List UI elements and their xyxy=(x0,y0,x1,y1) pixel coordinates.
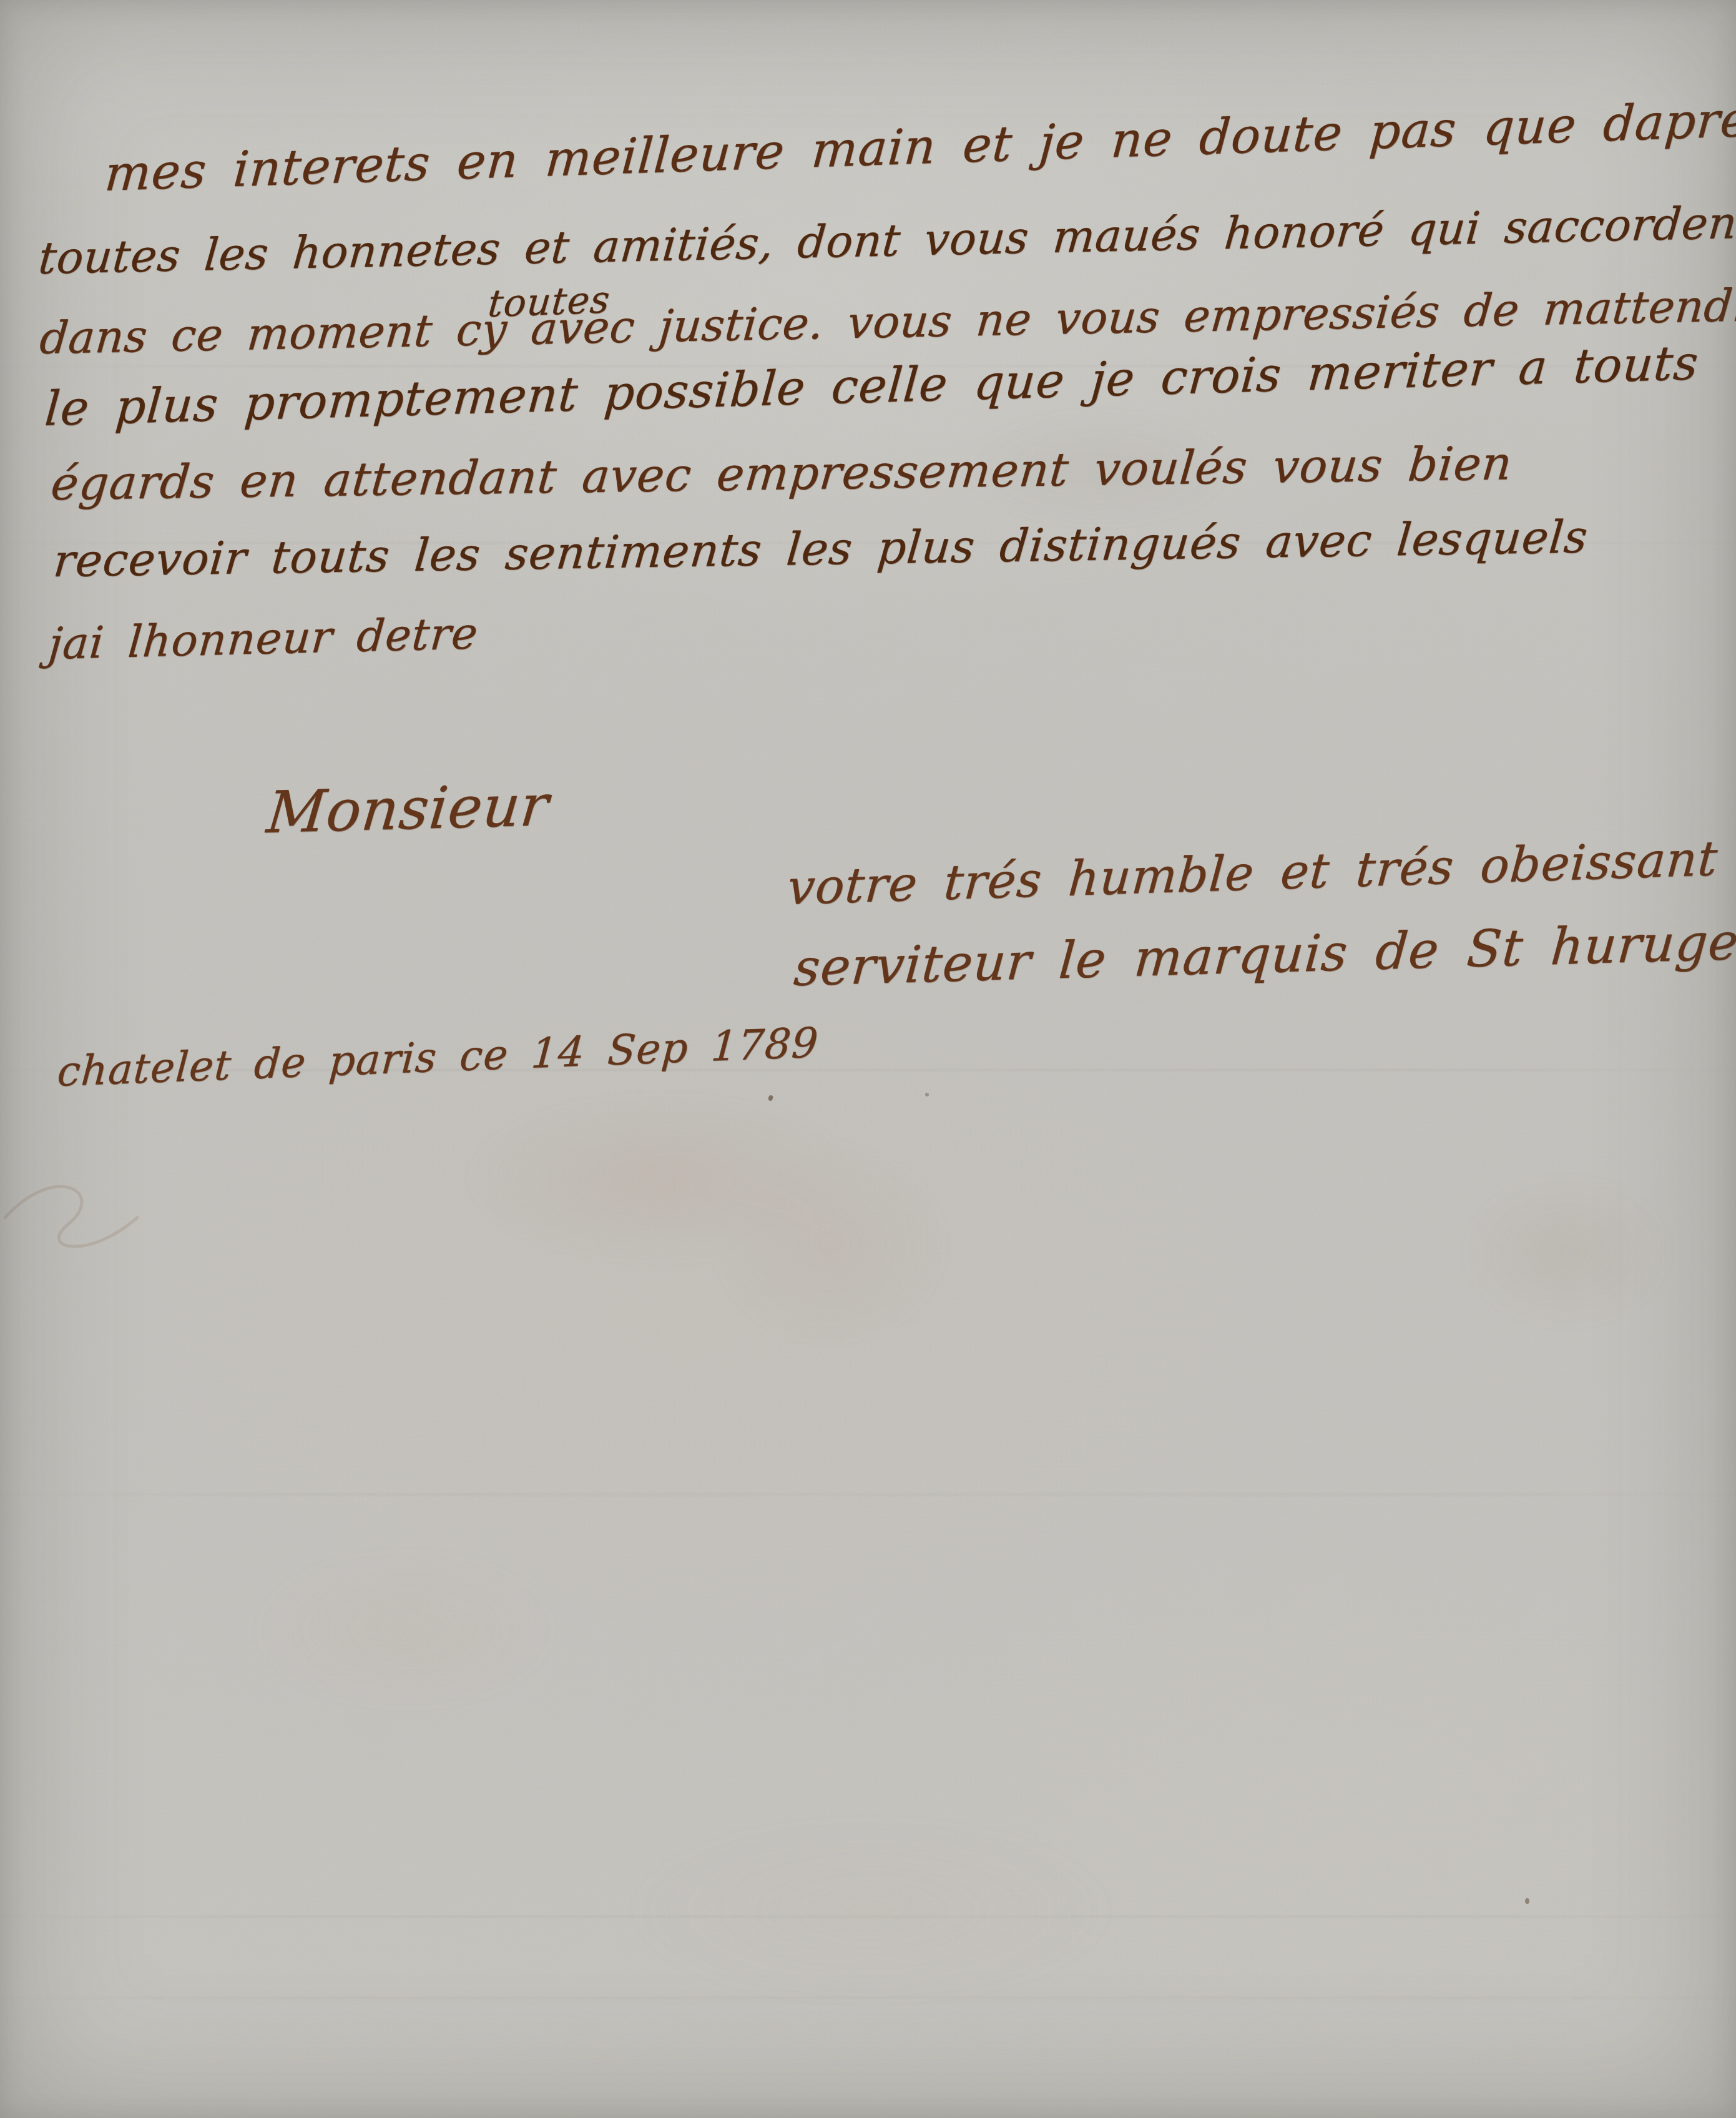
paper-crease xyxy=(0,1494,1736,1495)
salutation: Monsieur xyxy=(264,772,552,846)
closing-line: votre trés humble et trés obeissant xyxy=(786,831,1720,916)
bleed-through-smudge xyxy=(437,1086,999,1349)
letter-body-line: égards en attendant avec empressement vo… xyxy=(49,436,1514,511)
paper-crease xyxy=(0,1916,1736,1918)
manuscript-letter-page: mes interets en meilleure main et je ne … xyxy=(0,0,1736,2118)
bleed-through-smudge xyxy=(187,1517,624,1742)
ink-flourish xyxy=(0,1124,162,1286)
signature-line: serviteur le marquis de St huruge xyxy=(792,913,1736,998)
letter-body-line: jai lhonneur detre xyxy=(47,608,481,669)
paper-crease xyxy=(0,1997,1736,1999)
ink-speck xyxy=(925,1093,929,1096)
ink-speck xyxy=(768,1095,774,1101)
dateline: chatelet de paris ce 14 Sep 1789 xyxy=(56,1018,820,1096)
ink-speck xyxy=(1525,1898,1529,1904)
letter-body-line: recevoir touts les sentiments les plus d… xyxy=(51,510,1590,587)
bleed-through-smudge xyxy=(1423,1149,1710,1355)
bleed-through-smudge xyxy=(562,1780,1248,2042)
letter-body-line: toutes les honnetes et amitiés, dont vou… xyxy=(37,196,1736,285)
letter-body-line: mes interets en meilleure main et je ne … xyxy=(103,91,1736,202)
